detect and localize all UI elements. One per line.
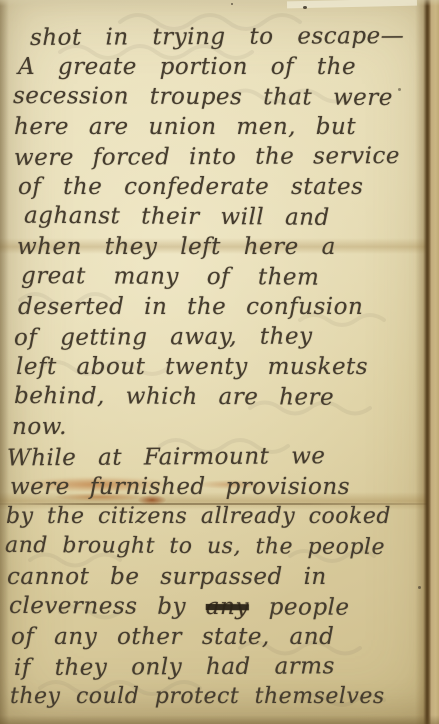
letter-line: and brought to us, the people [0,531,424,563]
letter-line: if they only had arms [0,651,424,683]
letter-line: great many of them [0,261,424,293]
letter-line: of the confederate states [0,172,424,202]
letter-line: deserted in the confusion [0,292,424,322]
letter-page: shot in trying to escape— A greate porti… [0,0,439,724]
letter-line: A greate portion of the [0,52,424,82]
letter-line: shot in trying to escape— [0,21,424,53]
struck-word: any [206,594,249,620]
letter-line: of any other state, and [0,622,424,652]
letter-line: cannot be surpassed in [0,562,424,592]
letter-line: now. [0,412,424,442]
line-text-after: people [249,594,350,621]
letter-line: were furnished provisions [0,472,424,502]
letter-line: secession troupes that were [0,81,424,113]
letter-line: by the citizens allready cooked [0,502,424,532]
line-text-before: cleverness by [9,593,206,620]
letter-line: they could protect themselves [0,682,424,712]
letter-line: left about twenty muskets [0,352,424,382]
letter-text: shot in trying to escape— A greate porti… [0,0,424,724]
letter-line: were forced into the service [0,141,424,173]
letter-line: While at Fairmount we [0,441,424,474]
letter-line: here are union men, but [0,112,424,142]
letter-line: aghanst their will and [0,201,424,234]
letter-line-with-strikeout: cleverness by any people [0,591,424,623]
letter-line: of getting away, they [0,321,424,353]
letter-line: behind, which are here [0,381,424,413]
letter-line: when they left here a [0,232,424,262]
